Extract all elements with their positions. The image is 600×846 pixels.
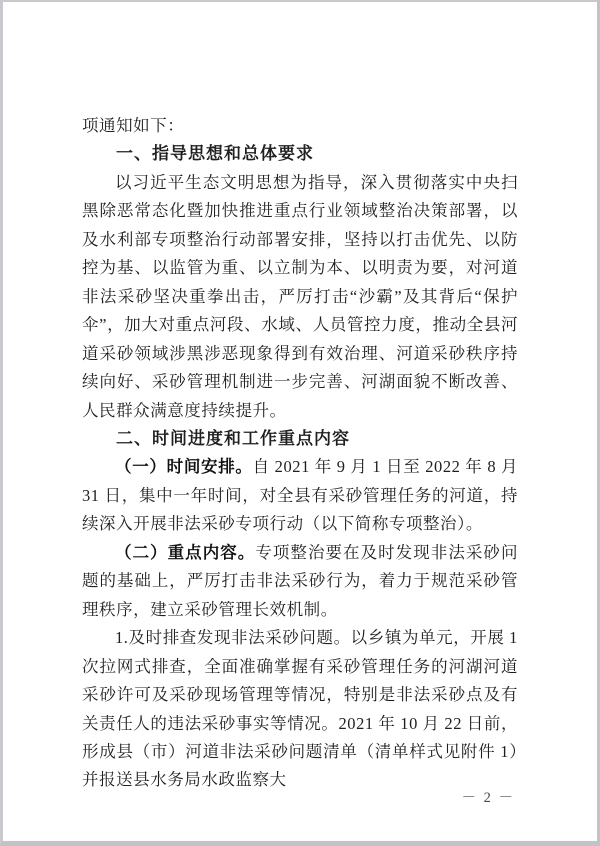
paragraph-lead: （二）重点内容。 xyxy=(115,543,255,562)
paragraph: 以习近平生态文明思想为指导，深入贯彻落实中央扫黑除恶常态化暨加快推进重点行业领域… xyxy=(82,169,518,425)
section-heading-2: 二、时间进度和工作重点内容 xyxy=(82,425,518,453)
paragraph: （二）重点内容。专项整治要在及时发现非法采砂问题的基础上，严厉打击非法采砂行为，… xyxy=(82,539,518,624)
document-page: 项通知如下： 一、指导思想和总体要求 以习近平生态文明思想为指导，深入贯彻落实中… xyxy=(0,0,600,846)
paragraph: （一）时间安排。自 2021 年 9 月 1 日至 2022 年 8 月 31 … xyxy=(82,453,518,538)
document-body: 项通知如下： 一、指导思想和总体要求 以习近平生态文明思想为指导，深入贯彻落实中… xyxy=(82,112,518,795)
paragraph-continuation: 项通知如下： xyxy=(82,112,518,140)
paragraph: 1.及时排查发现非法采砂问题。以乡镇为单元，开展 1 次拉网式排查，全面准确掌握… xyxy=(82,624,518,795)
page-number: － 2 － xyxy=(462,786,516,807)
section-heading-1: 一、指导思想和总体要求 xyxy=(82,140,518,168)
paragraph-lead: （一）时间安排。 xyxy=(115,457,253,476)
